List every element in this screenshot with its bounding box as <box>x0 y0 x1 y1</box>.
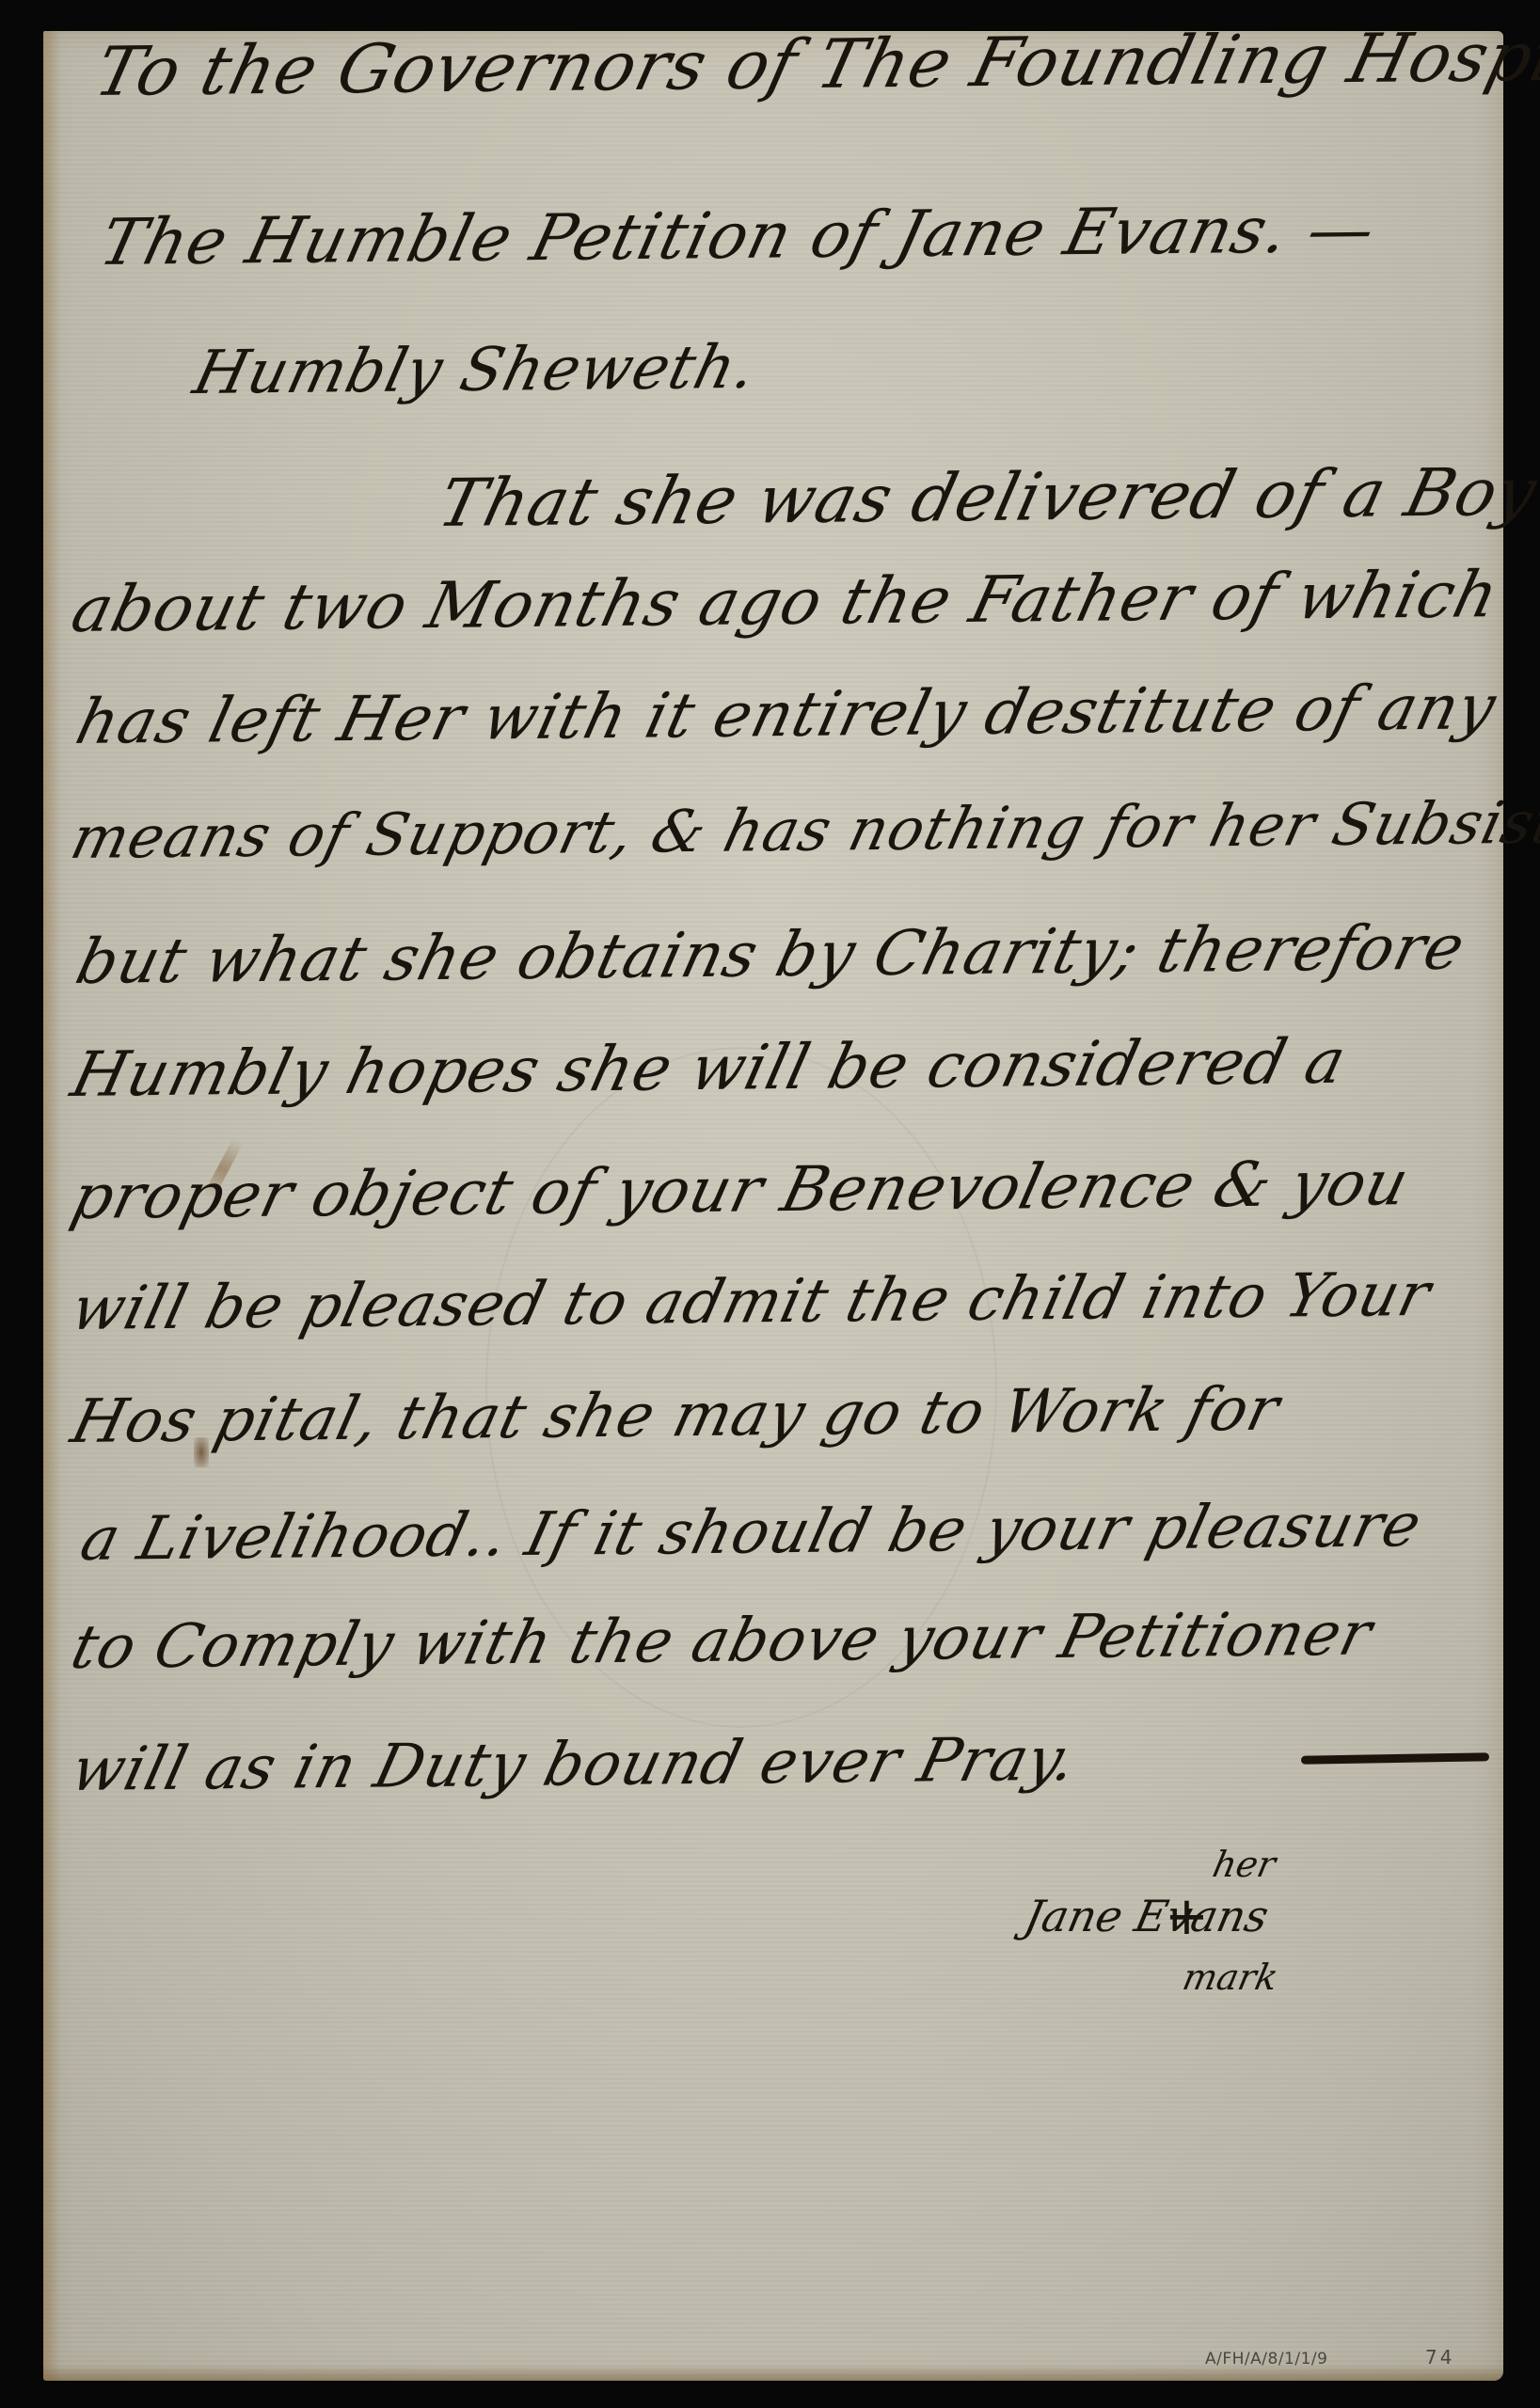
folio-number: 74 <box>1425 2346 1454 2368</box>
cross-mark-icon: + <box>1165 1886 1209 1947</box>
body-line: to Comply with the above your Petitioner <box>66 1605 1378 1678</box>
body-line: means of Support, & has nothing for her … <box>66 792 1540 867</box>
body-line: That she was delivered of a Boy <box>433 459 1540 536</box>
signature-name: Jane Evans <box>1020 1891 1273 1941</box>
body-line: a Livelihood.. If it should be your plea… <box>75 1496 1427 1570</box>
signature-mark: mark <box>1179 1956 1281 1998</box>
body-line: Humbly hopes she will be considered a <box>66 1031 1352 1106</box>
body-line: but what she obtains by Charity; therefo… <box>71 917 1470 993</box>
salutation: Humbly Sheweth. <box>188 338 762 404</box>
archive-reference: A/FH/A/8/1/1/9 <box>1205 2350 1327 2368</box>
address-line: To the Governors of The Foundling Hospit… <box>89 22 1540 105</box>
body-line: will be pleased to admit the child into … <box>66 1265 1437 1339</box>
signature-her: her <box>1209 1844 1278 1885</box>
body-line: has left Her with it entirely destitute … <box>71 676 1502 753</box>
petition-title: The Humble Petition of Jane Evans. — <box>94 198 1382 276</box>
body-line: proper object of your Benevolence & you <box>66 1152 1415 1228</box>
body-line: about two Months ago the Father of which <box>66 563 1504 642</box>
closing-line: will as in Duty bound ever Pray. <box>66 1730 1083 1800</box>
body-line: Hos pital, that she may go to Work for <box>66 1380 1285 1452</box>
